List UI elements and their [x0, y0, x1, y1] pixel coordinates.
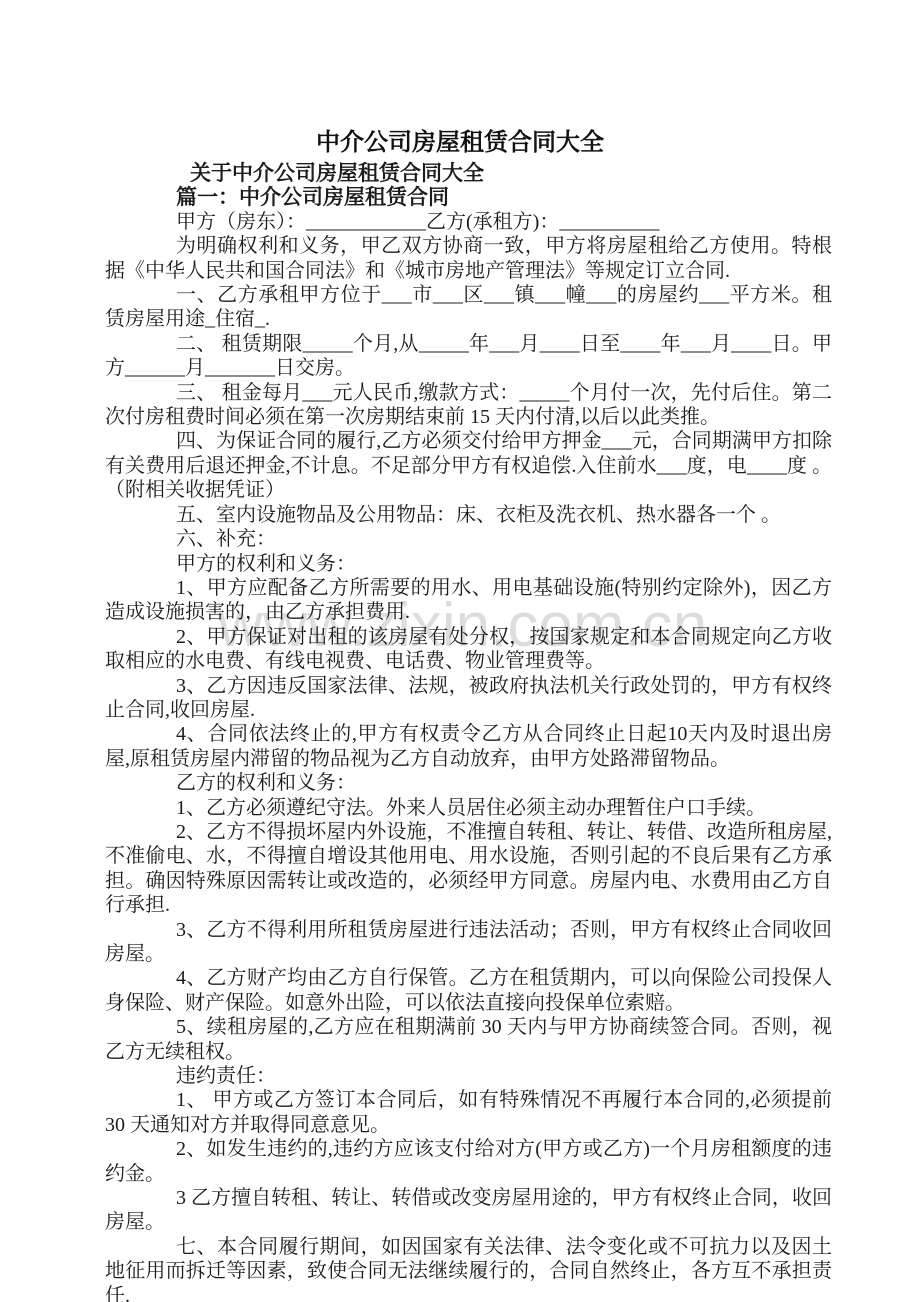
paragraph: 2、甲方保证对出租的该房屋有处分权，按国家规定和本合同规定向乙方收取相应的水电费…: [105, 625, 832, 674]
document-page: www.zixin.com.cn 中介公司房屋租赁合同大全 关于中介公司房屋租赁…: [0, 0, 920, 1302]
paragraph: 3、乙方因违反国家法律、法规，被政府执法机关行政处罚的，甲方有权终止合同,收回房…: [105, 674, 832, 723]
paragraph: 甲方（房东）：____________乙方(承租方)：__________: [105, 210, 832, 234]
document-body: 关于中介公司房屋租赁合同大全 篇一：中介公司房屋租赁合同 甲方（房东）：____…: [105, 161, 832, 1302]
paragraph: 六、补充：: [105, 527, 832, 551]
paragraph: 1、甲方应配备乙方所需要的用水、用电基础设施(特别约定除外)，因乙方造成设施损害…: [105, 576, 832, 625]
document-subtitle: 关于中介公司房屋租赁合同大全: [105, 161, 832, 185]
paragraph: 2、如发生违约的,违约方应该支付给对方(甲方或乙方)一个月房租额度的违约金。: [105, 1137, 832, 1186]
paragraph: 4、乙方财产均由乙方自行保管。乙方在租赁期内，可以向保险公司投保人身保险、财产保…: [105, 966, 832, 1015]
paragraph: 5、续租房屋的,乙方应在租期满前 30 天内与甲方协商续签合同。否则，视乙方无续…: [105, 1015, 832, 1064]
paragraph: 乙方的权利和义务：: [105, 771, 832, 795]
paragraph: 为明确权利和义务，甲乙双方协商一致，甲方将房屋租给乙方使用。特根据《中华人民共和…: [105, 234, 832, 283]
paragraph: 三、 租金每月___元人民币,缴款方式：_____个月付一次，先付后住。第二次付…: [105, 381, 832, 430]
paragraph: 2、乙方不得损坏屋内外设施，不准擅自转租、转让、转借、改造所租房屋,不准偷电、水…: [105, 820, 832, 918]
paragraph: 1、 甲方或乙方签订本合同后，如有特殊情况不再履行本合同的,必须提前 30 天通…: [105, 1088, 832, 1137]
paragraph: 一、乙方承租甲方位于___市___区___镇___幢___的房屋约___平方米。…: [105, 283, 832, 332]
paragraph: 4、合同依法终止的,甲方有权责令乙方从合同终止日起10天内及时退出房屋,原租赁房…: [105, 722, 832, 771]
paragraph: 二、 租赁期限_____个月,从_____年___月____日至____年___…: [105, 332, 832, 381]
paragraph: 甲方的权利和义务：: [105, 552, 832, 576]
paragraph: 五、室内设施物品及公用物品：床、衣柜及洗衣机、热水器各一个 。: [105, 503, 832, 527]
paragraph: 3、乙方不得利用所租赁房屋进行违法活动；否则，甲方有权终止合同收回房屋。: [105, 918, 832, 967]
document-title: 中介公司房屋租赁合同大全: [0, 126, 920, 160]
paragraph: 违约责任：: [105, 1064, 832, 1088]
paragraph: 1、乙方必须遵纪守法。外来人员居住必须主动办理暂住户口手续。: [105, 796, 832, 820]
paragraph: 3 乙方擅自转租、转让、转借或改变房屋用途的，甲方有权终止合同，收回房屋。: [105, 1186, 832, 1235]
section-heading: 篇一：中介公司房屋租赁合同: [105, 185, 832, 209]
paragraph: 七、本合同履行期间，如因国家有关法律、法令变化或不可抗力以及因土地征用而拆迁等因…: [105, 1235, 832, 1302]
paragraph: 四、为保证合同的履行,乙方必须交付给甲方押金___元，合同期满甲方扣除有关费用后…: [105, 429, 832, 502]
contract-paragraphs: 甲方（房东）：____________乙方(承租方)：__________为明确…: [105, 210, 832, 1302]
